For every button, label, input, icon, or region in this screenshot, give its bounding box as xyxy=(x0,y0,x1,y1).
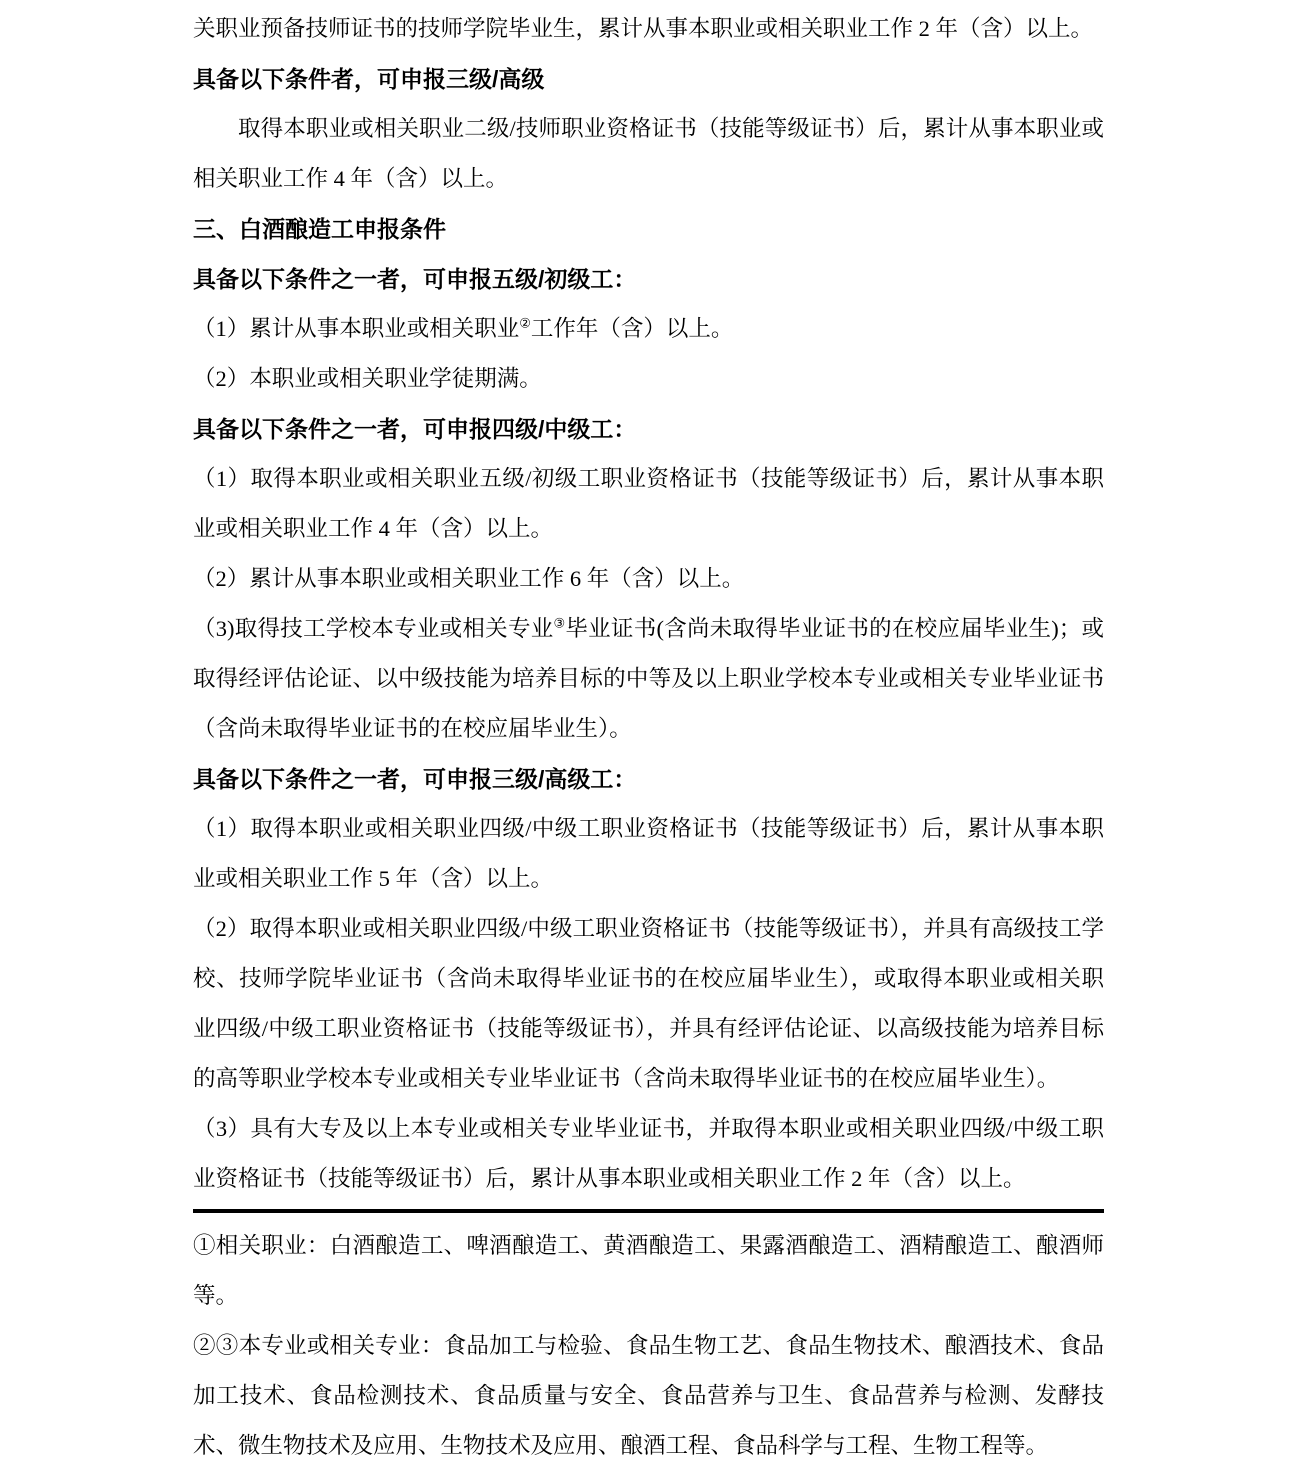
level3-item-2: （2）取得本职业或相关职业四级/中级工职业资格证书（技能等级证书），并具有高级技… xyxy=(193,904,1104,1104)
level3-item-3: （3）具有大专及以上本专业或相关专业毕业证书，并取得本职业或相关职业四级/中级工… xyxy=(193,1104,1104,1204)
section-heading-baijiu-conditions: 三、白酒酿造工申报条件 xyxy=(193,204,1104,254)
heading-technician-level: 具备以下条件者，可申报三级/高级 xyxy=(193,54,1104,104)
level4-item-3-text-pre: （3)取得技工学校本专业或相关专业 xyxy=(193,616,553,641)
level4-item-1: （1）取得本职业或相关职业五级/初级工职业资格证书（技能等级证书）后，累计从事本… xyxy=(193,454,1104,554)
footnote-ref-circled-2: ② xyxy=(519,316,531,331)
level4-item-2: （2）累计从事本职业或相关职业工作 6 年（含）以上。 xyxy=(193,554,1104,604)
footnote-separator-line xyxy=(193,1209,1104,1213)
level5-item-1-text-post: 工作年（含）以上。 xyxy=(531,316,734,341)
footnote-related-majors: ②③本专业或相关专业：食品加工与检验、食品生物工艺、食品生物技术、酿酒技术、食品… xyxy=(193,1321,1104,1471)
heading-level3-senior: 具备以下条件之一者，可申报三级/高级工： xyxy=(193,754,1104,804)
level4-item-3: （3)取得技工学校本专业或相关专业③毕业证书(含尚未取得毕业证书的在校应届毕业生… xyxy=(193,604,1104,754)
level5-item-1: （1）累计从事本职业或相关职业②工作年（含）以上。 xyxy=(193,304,1104,354)
footnote-related-occupations: ①相关职业：白酒酿造工、啤酒酿造工、黄酒酿造工、果露酒酿造工、酒精酿造工、酿酒师… xyxy=(193,1221,1104,1321)
technician-requirement-paragraph: 取得本职业或相关职业二级/技师职业资格证书（技能等级证书）后，累计从事本职业或相… xyxy=(193,104,1104,204)
document-page: 关职业预备技师证书的技师学院毕业生，累计从事本职业或相关职业工作 2 年（含）以… xyxy=(0,0,1290,1481)
heading-level4-intermediate: 具备以下条件之一者，可申报四级/中级工： xyxy=(193,404,1104,454)
continuation-paragraph: 关职业预备技师证书的技师学院毕业生，累计从事本职业或相关职业工作 2 年（含）以… xyxy=(193,4,1104,54)
level5-item-1-text-pre: （1）累计从事本职业或相关职业 xyxy=(193,316,519,341)
level5-item-2: （2）本职业或相关职业学徒期满。 xyxy=(193,354,1104,404)
footnote-ref-circled-3: ③ xyxy=(553,616,565,631)
level3-item-1: （1）取得本职业或相关职业四级/中级工职业资格证书（技能等级证书）后，累计从事本… xyxy=(193,804,1104,904)
heading-level5-junior: 具备以下条件之一者，可申报五级/初级工： xyxy=(193,254,1104,304)
footnotes-section: ①相关职业：白酒酿造工、啤酒酿造工、黄酒酿造工、果露酒酿造工、酒精酿造工、酿酒师… xyxy=(193,1221,1104,1471)
